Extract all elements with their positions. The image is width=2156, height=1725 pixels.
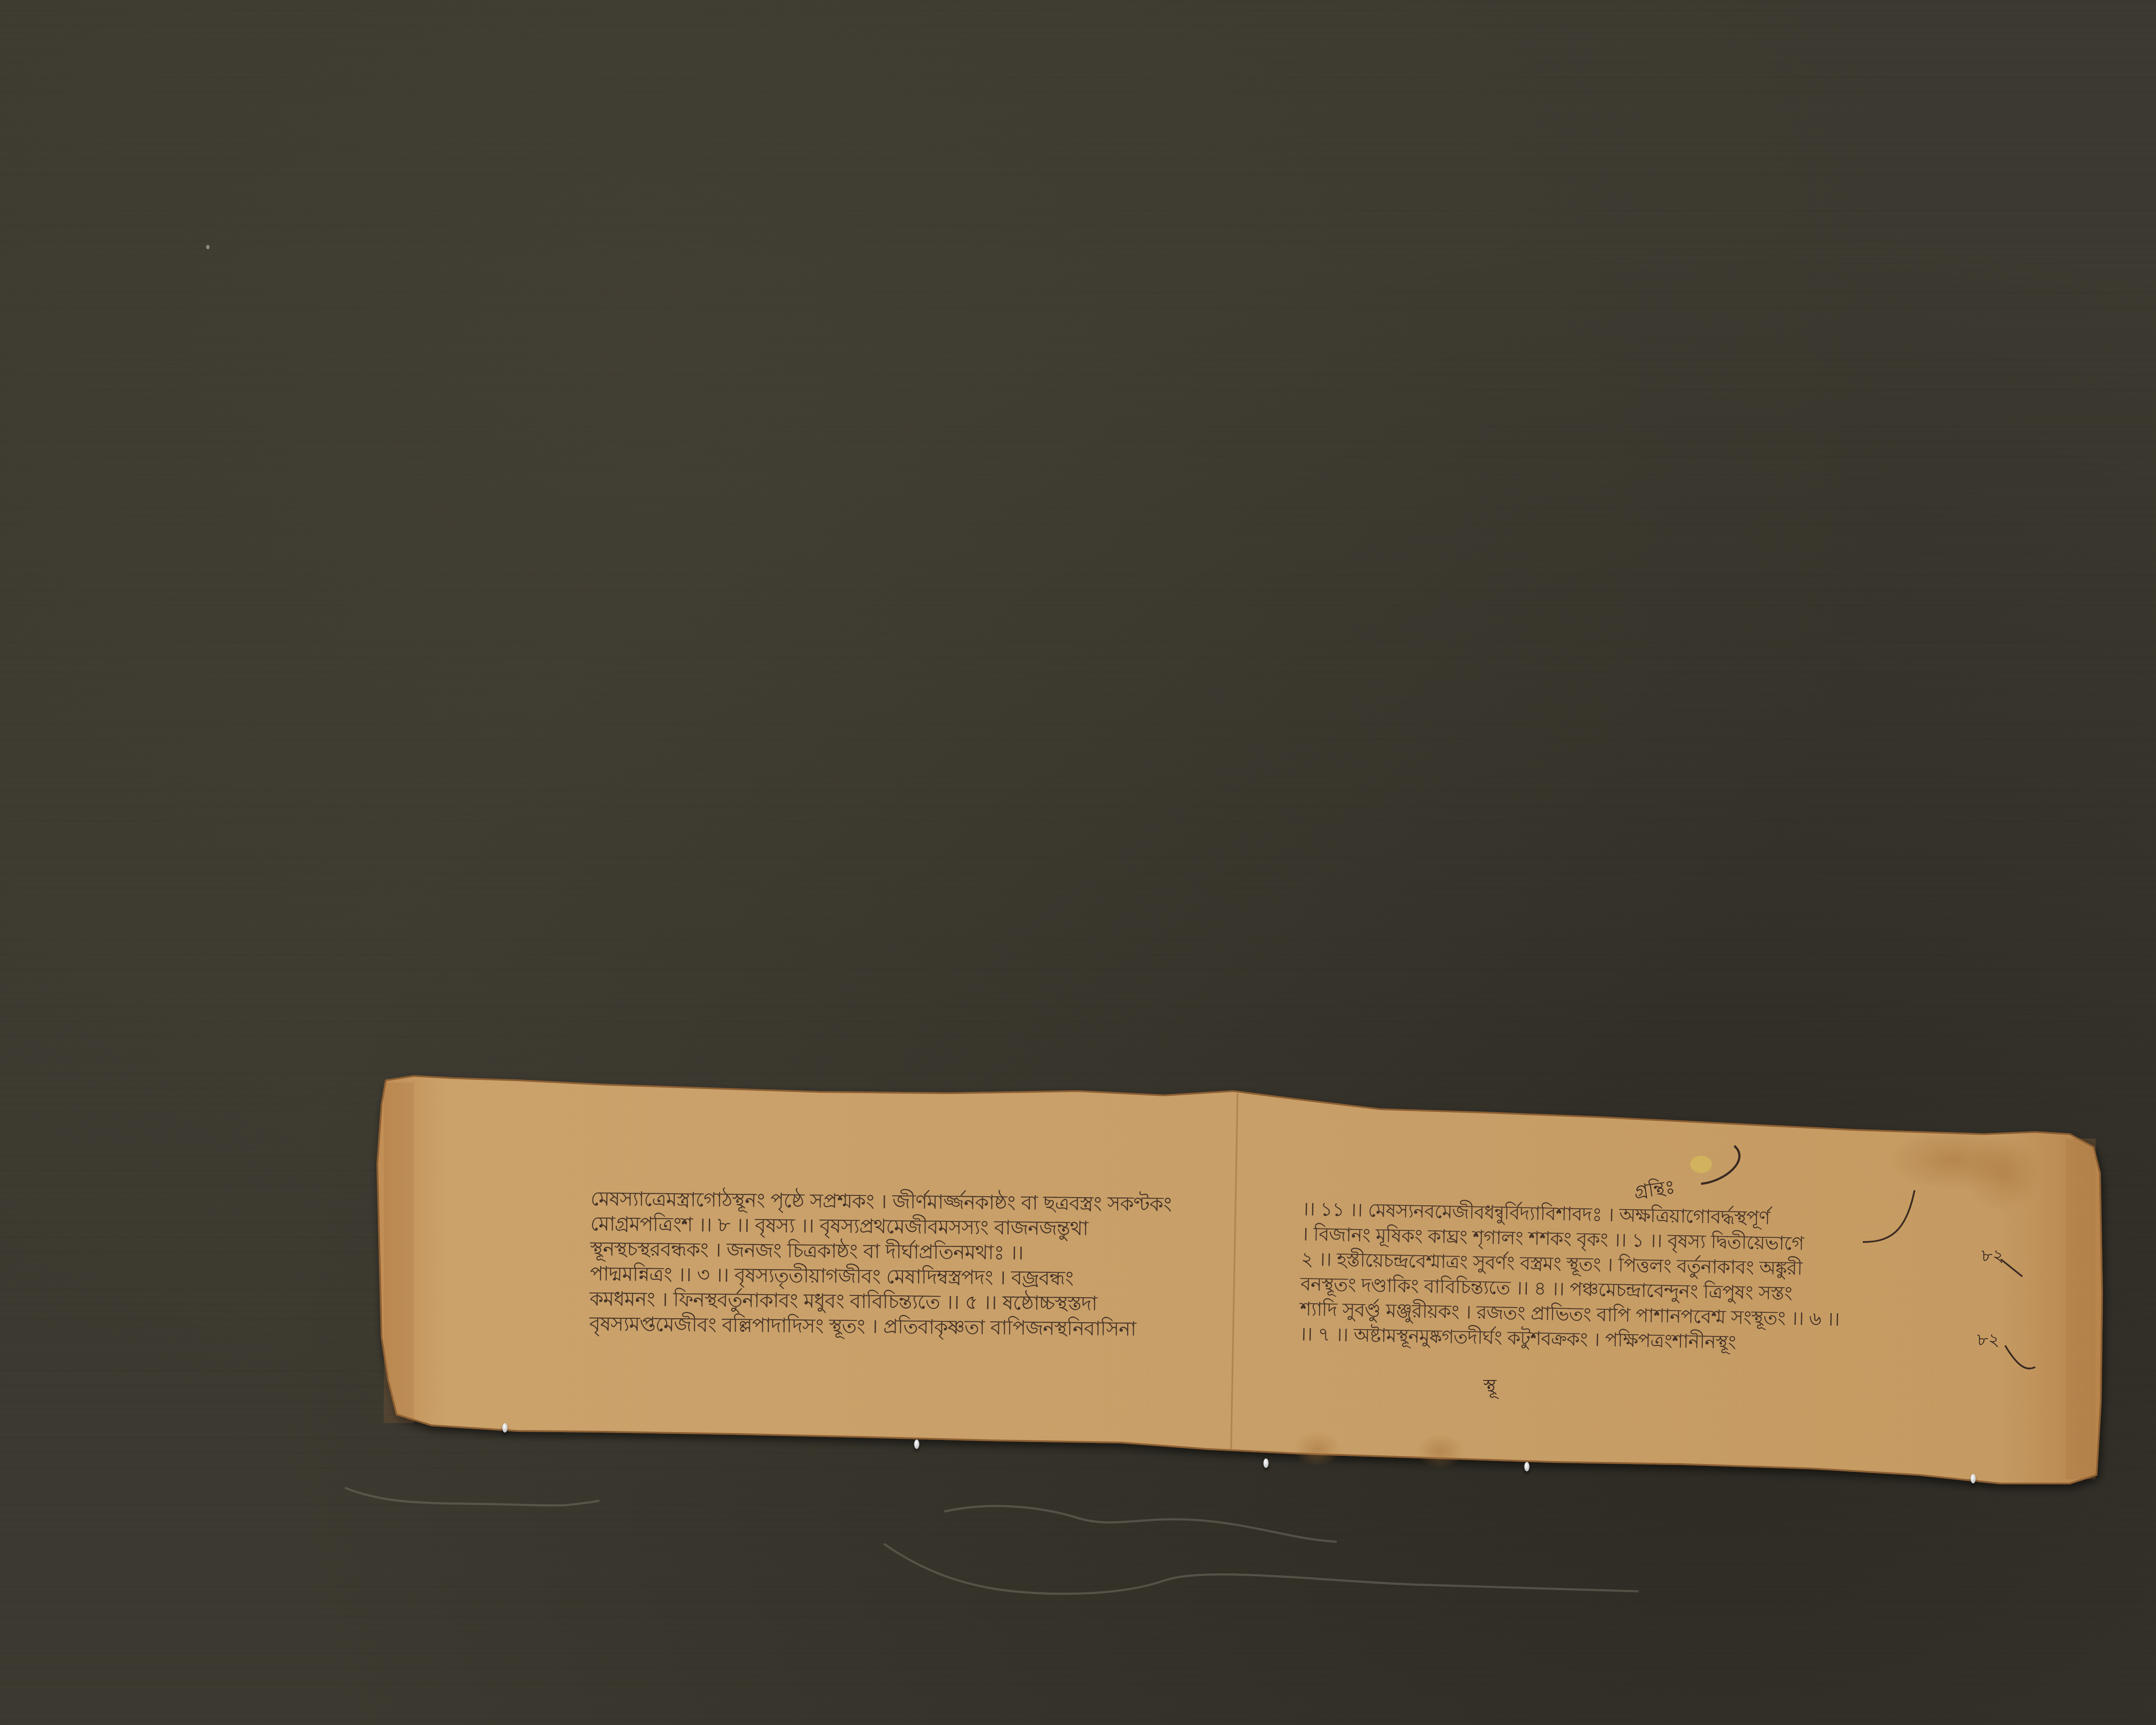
folio-number-lower: ৮২	[1977, 1326, 1999, 1355]
insertion-note: গ্রন্থিঃ	[1632, 1173, 1677, 1210]
bottom-mark: স্থূ	[1483, 1371, 1496, 1404]
manuscript-folio	[0, 0, 2156, 1725]
mounting-pin	[1263, 1458, 1269, 1468]
mounting-pin	[502, 1423, 508, 1433]
text-block-right: ।। ১১ ।। মেষস্যনবমেজীবধন্বুর্বিদ্যাবিশাব…	[1299, 1197, 1841, 1357]
folio-number-upper: ৮২	[1981, 1242, 2004, 1271]
text-block-left: মেষস্যাত্রেমস্ত্রাগোঠস্থূনং পৃষ্ঠে সপ্রশ…	[589, 1186, 1172, 1342]
mounting-pin	[1971, 1474, 1976, 1483]
mounting-pin	[914, 1440, 919, 1449]
mounting-pin	[1524, 1462, 1529, 1471]
